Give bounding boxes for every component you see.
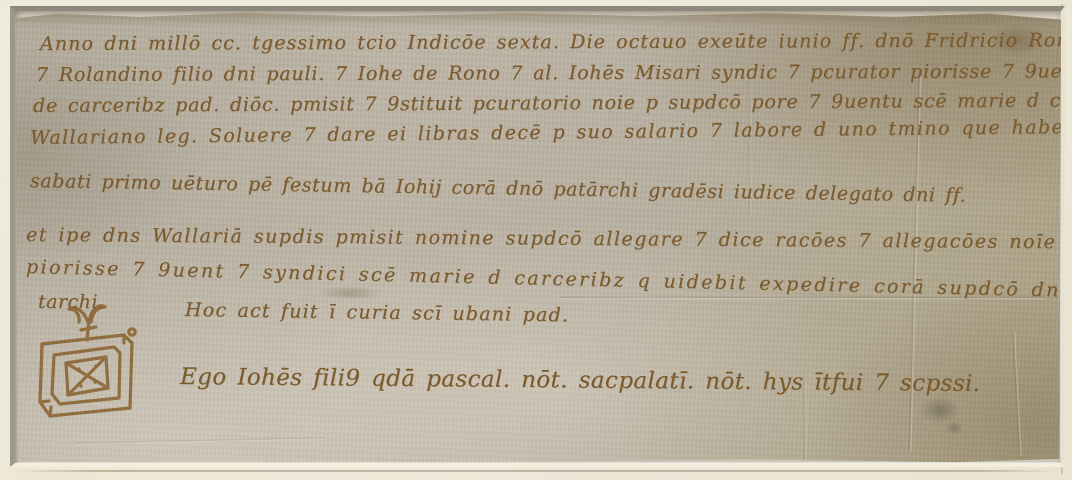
mat-bevel-line-bottom <box>12 470 1058 472</box>
manuscript-line-4: Wallariano leg. Soluere 7 dare ei libras… <box>30 115 1061 149</box>
frame-window: Anno dni millō cc. tgessimo tcio Indicōe… <box>10 6 1065 467</box>
crease <box>1012 331 1023 456</box>
crease <box>75 436 325 445</box>
notary-signum-icon <box>34 294 146 426</box>
manuscript-subscription-line: Ego Iohēs fili9 qdā pascal. nōt. sacpala… <box>180 364 981 397</box>
manuscript-line-1: Anno dni millō cc. tgessimo tcio Indicōe… <box>40 29 1061 55</box>
stain <box>320 286 380 300</box>
parchment: Anno dni millō cc. tgessimo tcio Indicōe… <box>15 11 1061 463</box>
manuscript-line-2: 7 Rolandino filio dni pauli. 7 Iohe de R… <box>36 60 1061 86</box>
manuscript-line-3: de carceribz pad. diōc. pmisit 7 9stitui… <box>33 89 1061 117</box>
manuscript-line-6: et ipe dns Wallariā supdis pmisit nomine… <box>26 224 1061 254</box>
stain <box>945 421 963 435</box>
manuscript-line-5: sabati primo uēturo pē festum bā Iohij c… <box>30 170 967 207</box>
manuscript-line-9: Hoc act fuit ī curia scī ubani pad. <box>185 299 569 326</box>
manuscript-line-7: piorisse 7 9uent 7 syndici scē marie d c… <box>26 256 1061 303</box>
stain <box>920 396 960 424</box>
